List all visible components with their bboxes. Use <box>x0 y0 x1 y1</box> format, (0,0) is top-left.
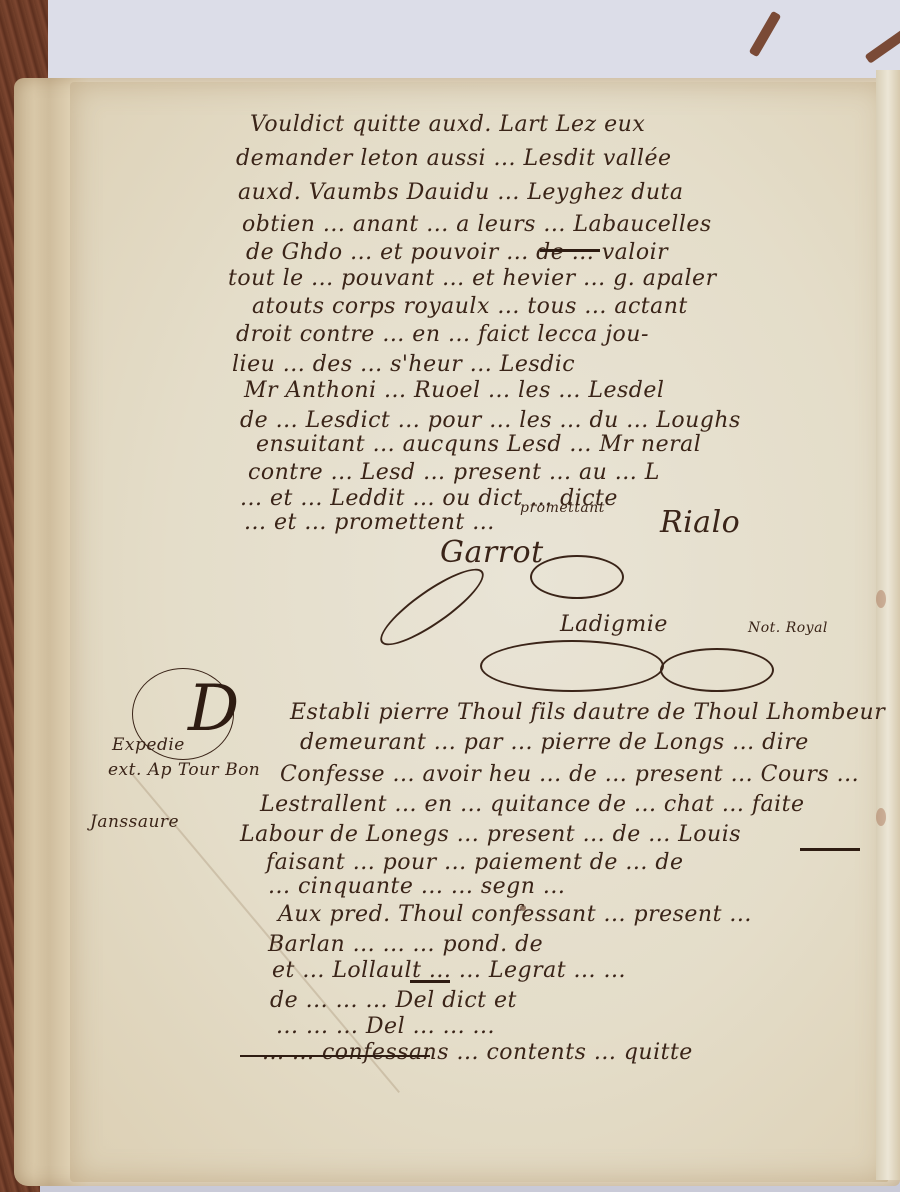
act-1-line: atouts corps royaulx ... tous ... actant <box>252 294 688 319</box>
act-1-line: de Ghdo ... et pouvoir ... de ... valoir <box>246 240 668 265</box>
line-filler <box>240 1055 430 1057</box>
act-2-line: Establi pierre Thoul fils dautre de Thou… <box>290 700 885 725</box>
act-2-line: Aux pred. Thoul confessant ... present .… <box>278 902 752 927</box>
strikethrough <box>800 848 860 851</box>
act-1-line: de ... Lesdict ... pour ... les ... du .… <box>240 408 741 433</box>
act-1-line: auxd. Vaumbs Dauidu ... Leyghez duta <box>238 180 683 205</box>
act-2-line: Labour de Lonegs ... present ... de ... … <box>240 822 741 847</box>
act-1-line: ensuitant ... aucquns Lesd ... Mr neral <box>256 432 701 457</box>
act-2-line: de ... ... ... Del dict et <box>270 988 517 1013</box>
interlinear-note: promettant <box>520 500 605 516</box>
signature-flourish <box>480 640 664 692</box>
signature-flourish <box>660 648 774 692</box>
act-2-line: ... ... ... Del ... ... ... <box>276 1014 495 1039</box>
strikethrough <box>540 249 600 252</box>
act-1-line: Vouldict quitte auxd. Lart Lez eux <box>250 112 645 137</box>
act-2-line: Barlan ... ... ... pond. de <box>268 932 543 957</box>
signature-rialo: Rialo <box>660 505 740 540</box>
signature-flourish <box>530 555 624 599</box>
notary-title: Not. Royal <box>748 620 828 636</box>
act-1-line: contre ... Lesd ... present ... au ... L <box>248 460 660 485</box>
foxing-stain <box>876 808 886 826</box>
signature-garrot: Garrot <box>440 535 544 570</box>
act-1-line: tout le ... pouvant ... et hevier ... g.… <box>228 266 717 291</box>
margin-note: Janssaure <box>90 812 179 832</box>
act-1-line: droit contre ... en ... faict lecca jou- <box>236 322 649 347</box>
margin-note: ext. Ap Tour Bon <box>108 760 260 780</box>
act-2-line: demeurant ... par ... pierre de Longs ..… <box>300 730 809 755</box>
act-2-line: ... cinquante ... ... segn ... <box>268 874 565 899</box>
foxing-stain <box>876 590 886 608</box>
act-2-line: Lestrallent ... en ... quitance de ... c… <box>260 792 805 817</box>
act-1-line: ... et ... promettent ... <box>244 510 495 535</box>
act-2-line: ... ... confessans ... contents ... quit… <box>262 1040 693 1065</box>
act-2-line: faisant ... pour ... paiement de ... de <box>266 850 683 875</box>
act-1-line: demander leton aussi ... Lesdit vallée <box>236 146 672 171</box>
act-2-line: Confesse ... avoir heu ... de ... presen… <box>280 762 859 787</box>
initial-letter: D <box>188 672 239 746</box>
act-1-line: lieu ... des ... s'heur ... Lesdic <box>232 352 575 377</box>
signature-ladigmie: Ladigmie <box>560 612 668 637</box>
facing-page-edge <box>876 70 900 1180</box>
act-1-line: Mr Anthoni ... Ruoel ... les ... Lesdel <box>244 378 664 403</box>
act-1-line: obtien ... anant ... a leurs ... Labauce… <box>242 212 712 237</box>
strikethrough <box>410 980 450 983</box>
